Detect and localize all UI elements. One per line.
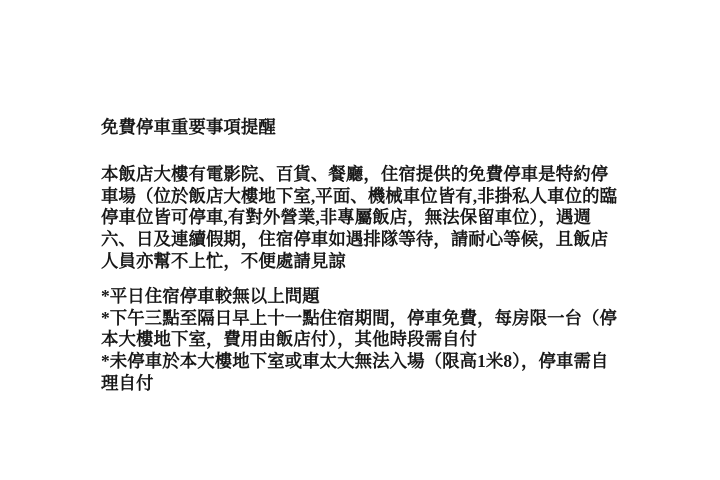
notice-body-line: 停車位皆可停車,有對外營業,非專屬飯店，無法保留車位），遇週: [101, 207, 661, 229]
notice-page: 免費停車重要事項提醒 本飯店大樓有電影院、百貨、餐廳，住宿提供的免費停車是特約停…: [0, 0, 720, 480]
notice-body-line: 車場（位於飯店大樓地下室,平面、機械車位皆有,非掛私人車位的臨: [101, 186, 661, 208]
notice-note-line: *下午三點至隔日早上十一點住宿期間，停車免費，每房限一台（停: [101, 308, 661, 330]
notice-body-line: 六、日及連續假期，住宿停車如遇排隊等待，請耐心等候，且飯店: [101, 229, 661, 251]
notice-body: 本飯店大樓有電影院、百貨、餐廳，住宿提供的免費停車是特約停 車場（位於飯店大樓地…: [101, 164, 661, 273]
notice-title: 免費停車重要事項提醒: [101, 117, 661, 139]
notice-body-line: 人員亦幫不上忙，不便處請見諒: [101, 251, 661, 273]
notice-body-line: 本飯店大樓有電影院、百貨、餐廳，住宿提供的免費停車是特約停: [101, 164, 661, 186]
parking-notice: 免費停車重要事項提醒 本飯店大樓有電影院、百貨、餐廳，住宿提供的免費停車是特約停…: [101, 117, 661, 395]
notice-note-line: 理自付: [101, 373, 661, 395]
notice-note-line: *平日住宿停車較無以上問題: [101, 286, 661, 308]
notice-note-line: *未停車於本大樓地下室或車太大無法入場（限高1米8），停車需自: [101, 351, 661, 373]
notice-note-line: 本大樓地下室，費用由飯店付），其他時段需自付: [101, 329, 661, 351]
notice-notes: *平日住宿停車較無以上問題 *下午三點至隔日早上十一點住宿期間，停車免費，每房限…: [101, 286, 661, 395]
